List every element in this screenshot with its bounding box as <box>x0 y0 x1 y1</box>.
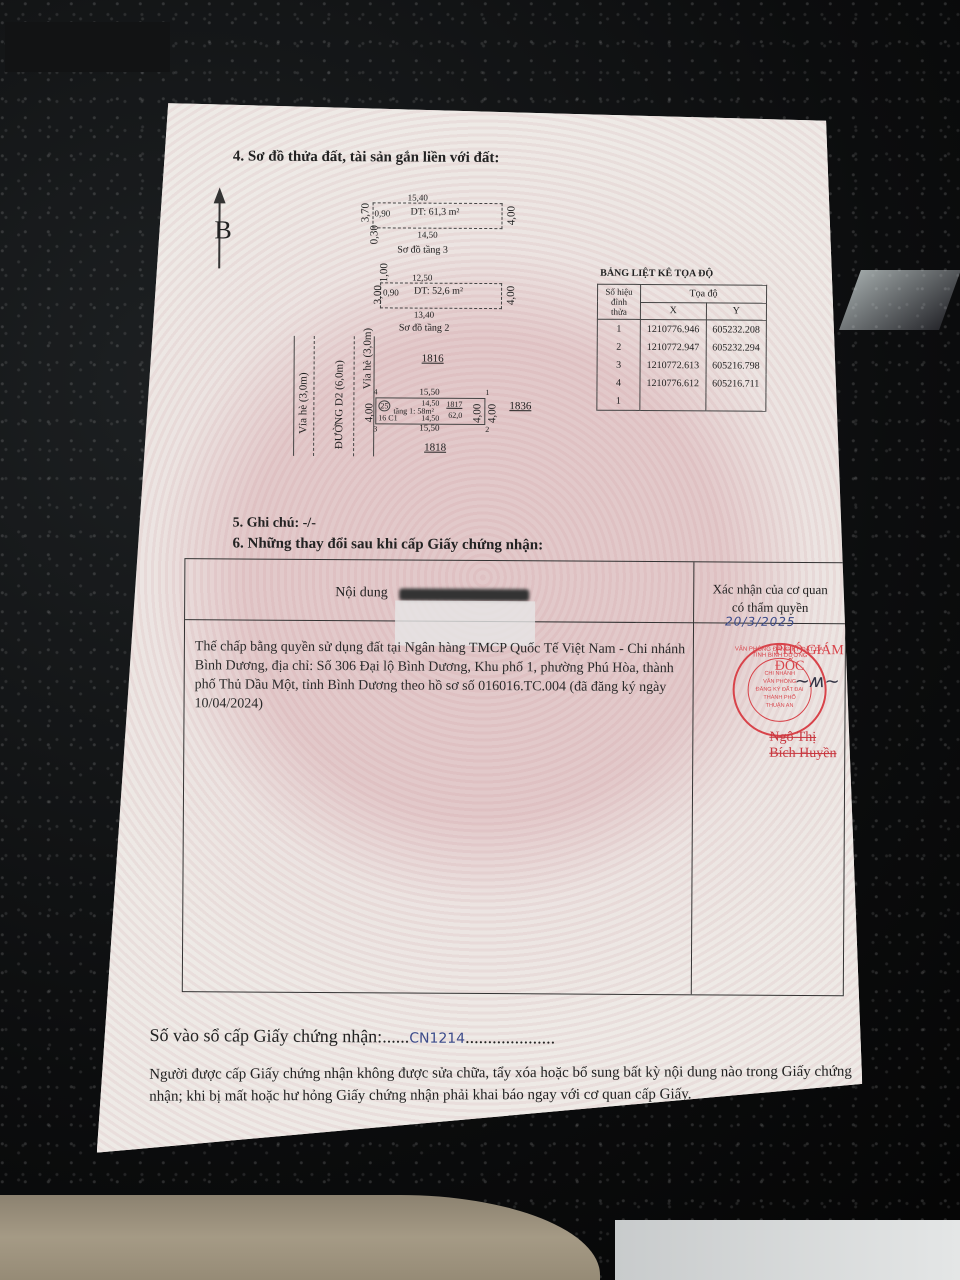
coords-table-title: BẢNG LIỆT KÊ TỌA ĐỘ <box>600 268 713 280</box>
floor2-right-dim: 4,00 <box>505 286 517 305</box>
mortgage-entry-text: Thế chấp bằng quyền sử dụng đất tại Ngân… <box>194 637 689 716</box>
cert-book-label: Số vào sổ cấp Giấy chứng nhận: <box>149 1025 382 1046</box>
sidewalk-right-label: Vỉa hè (3,0m) <box>361 328 373 389</box>
cert-book-number: CN1214 <box>409 1031 465 1047</box>
corner-2: 2 <box>485 425 489 434</box>
table-row: 31210772.613605216.798 <box>597 356 766 375</box>
col-confirm-header: Xác nhận của cơ quan có thẩm quyền <box>695 580 845 617</box>
cert-book-line: Số vào sổ cấp Giấy chứng nhận:......CN12… <box>149 1025 555 1048</box>
col-content-header: Nội dung <box>335 585 388 601</box>
table-row: 21210772.947605232.294 <box>597 338 766 357</box>
column-divider <box>691 562 695 994</box>
parcel-right-dim-a: 4,00 <box>471 404 483 423</box>
road-edge-dash-1 <box>313 336 315 456</box>
col-confirm-line1: Xác nhận của cơ quan <box>695 580 845 599</box>
floor1-label: tầng 1: 58m² <box>393 406 434 415</box>
col-coords-group: Tọa độ <box>641 284 767 302</box>
table-row: 11210776.946605232.208 <box>597 319 766 339</box>
handwritten-date: 20/3/2025 <box>725 614 796 628</box>
floor3-left-c: 0,30 <box>368 225 380 244</box>
floor3-bottom-dim: 14,50 <box>417 230 437 240</box>
floor3-top-dim: 15,40 <box>408 193 428 203</box>
floor3-right-dim: 4,00 <box>505 206 517 225</box>
floor2-caption: Sơ đồ tầng 2 <box>399 322 450 333</box>
parcel-bottom-dim: 15,50 <box>419 423 439 433</box>
col-vertex-id: Số hiệu đỉnh thửa <box>597 284 640 319</box>
corner-4: 4 <box>373 387 377 396</box>
neighbor-1818: 1818 <box>424 442 446 454</box>
parcel-area: 62,0 <box>448 411 462 420</box>
floor2-area: DT: 52,6 m² <box>414 286 463 297</box>
floor2-left-b: 3,00 <box>372 285 384 304</box>
table-row: 1 <box>597 392 766 412</box>
neighbor-1816: 1816 <box>422 353 444 365</box>
neighbor-1836: 1836 <box>509 400 531 412</box>
col-x: X <box>640 302 706 320</box>
floor3-caption: Sơ đồ tầng 3 <box>397 244 448 255</box>
road-edge-left <box>293 336 295 456</box>
signature-scribble: ~ʍ~ <box>795 671 840 692</box>
floor2-bottom-dim: 13,40 <box>414 310 434 320</box>
corner-1: 1 <box>485 388 489 397</box>
fabric-foreground <box>0 1195 600 1280</box>
road-edge-dash-2 <box>353 336 355 456</box>
section5-title: 5. Ghi chú: -/- <box>233 515 316 532</box>
parcel-right-dim-b: 4,00 <box>486 404 498 423</box>
light-reflection <box>839 270 960 330</box>
sidewalk-left-label: Vỉa hè (3,0m) <box>297 372 309 433</box>
floor2-left-dim: 0,90 <box>383 287 399 297</box>
floor3-left-dim: 0,90 <box>375 208 391 218</box>
road-label: ĐƯỜNG D2 (6,0m) <box>333 360 346 449</box>
redacted-corner <box>5 22 170 72</box>
changes-table: Nội dung Xác nhận của cơ quan có thẩm qu… <box>182 558 847 996</box>
floor-background <box>615 1220 960 1280</box>
parcel-number: 1817 <box>446 400 462 409</box>
floor3-left-a: 3,70 <box>359 203 371 222</box>
section4-title: 4. Sơ đồ thửa đất, tài sản gắn liền với … <box>233 148 500 167</box>
corner-3: 3 <box>373 424 377 433</box>
section6-title: 6. Những thay đổi sau khi cấp Giấy chứng… <box>232 535 543 554</box>
floor2-top-dim: 12,50 <box>412 273 432 283</box>
parcel-left-dim: 4,00 <box>363 403 375 422</box>
parcel-top-dim: 15,50 <box>419 387 439 397</box>
house-number: 25 <box>378 400 390 411</box>
table-row: 41210776.612605216.711 <box>597 374 766 393</box>
land-certificate-page: 4. Sơ đồ thửa đất, tài sản gắn liền với … <box>97 103 868 1158</box>
signer-name: Ngô Thị Bích Huyền <box>769 730 844 762</box>
floor3-area: DT: 61,3 m² <box>411 207 460 218</box>
coords-table: Số hiệu đỉnh thửa Tọa độ X Y 11210776.94… <box>596 284 767 412</box>
floor2-left-a: 1,00 <box>378 263 390 282</box>
north-label: B <box>214 215 232 245</box>
col-y: Y <box>706 302 767 320</box>
redacted-header-text <box>399 588 529 601</box>
